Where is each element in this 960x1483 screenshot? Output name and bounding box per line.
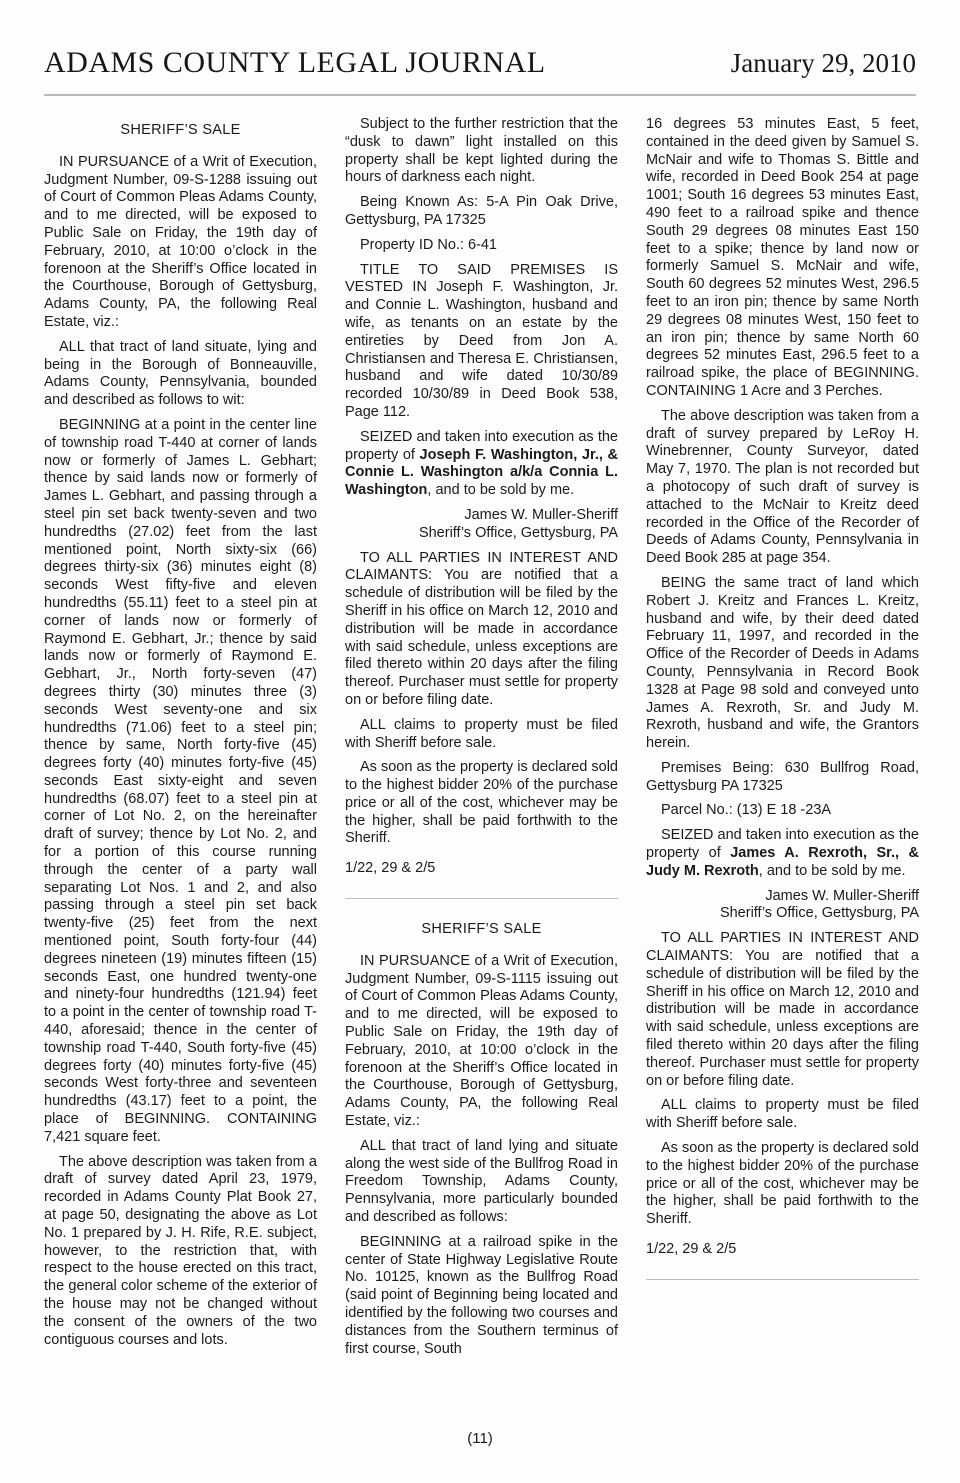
column-2: Subject to the further restriction that … xyxy=(345,116,618,1416)
article-columns: SHERIFF’S SALE IN PURSUANCE of a Writ of… xyxy=(0,96,960,1416)
sheriff-office: Sheriff’s Office, Gettysburg, PA xyxy=(646,905,919,923)
seized-suffix: , and to be sold by me. xyxy=(427,482,574,498)
notice-paragraph: The above description was taken from a d… xyxy=(646,408,919,568)
notice-paragraph: Premises Being: 630 Bullfrog Road, Getty… xyxy=(646,760,919,796)
notice-paragraph: TO ALL PARTIES IN INTEREST AND CLAIMANTS… xyxy=(345,550,618,710)
notice-paragraph: IN PURSUANCE of a Writ of Execution, Jud… xyxy=(345,953,618,1131)
notice-heading: SHERIFF’S SALE xyxy=(44,122,317,140)
legal-journal-page: ADAMS COUNTY LEGAL JOURNAL January 29, 2… xyxy=(0,0,960,1483)
notice-paragraph: Parcel No.: (13) E 18 -23A xyxy=(646,802,919,820)
page-footer: (11) xyxy=(0,1416,960,1483)
page-header: ADAMS COUNTY LEGAL JOURNAL January 29, 2… xyxy=(0,0,960,80)
seized-suffix: , and to be sold by me. xyxy=(759,863,906,879)
notice-paragraph: Property ID No.: 6-41 xyxy=(345,237,618,255)
seized-paragraph: SEIZED and taken into execution as the p… xyxy=(646,827,919,880)
notice-paragraph: ALL that tract of land lying and situate… xyxy=(345,1138,618,1227)
masthead-title: ADAMS COUNTY LEGAL JOURNAL xyxy=(44,46,546,80)
sheriff-signature: James W. Muller-Sheriff xyxy=(345,507,618,525)
notice-paragraph: ALL claims to property must be filed wit… xyxy=(345,717,618,753)
notice-paragraph: IN PURSUANCE of a Writ of Execution, Jud… xyxy=(44,154,317,332)
notice-paragraph: ALL that tract of land situate, lying an… xyxy=(44,339,317,410)
notice-paragraph: Subject to the further restriction that … xyxy=(345,116,618,187)
sheriff-office: Sheriff’s Office, Gettysburg, PA xyxy=(345,525,618,543)
notice-paragraph-continuation: 16 degrees 53 minutes East, 5 feet, cont… xyxy=(646,116,919,401)
section-divider xyxy=(646,1279,919,1280)
notice-paragraph: ALL claims to property must be filed wit… xyxy=(646,1097,919,1133)
section-divider xyxy=(345,898,618,899)
publication-dates: 1/22, 29 & 2/5 xyxy=(646,1241,919,1259)
page-number: (11) xyxy=(467,1430,493,1447)
sheriff-signature: James W. Muller-Sheriff xyxy=(646,888,919,906)
notice-paragraph: TITLE TO SAID PREMISES IS VESTED IN Jose… xyxy=(345,262,618,422)
notice-paragraph: Being Known As: 5-A Pin Oak Drive, Getty… xyxy=(345,194,618,230)
notice-paragraph: BEGINNING at a point in the center line … xyxy=(44,417,317,1147)
notice-heading: SHERIFF’S SALE xyxy=(345,921,618,939)
notice-paragraph: The above description was taken from a d… xyxy=(44,1154,317,1350)
notice-paragraph: BEGINNING at a railroad spike in the cen… xyxy=(345,1234,618,1359)
notice-paragraph: As soon as the property is declared sold… xyxy=(646,1140,919,1229)
publication-dates: 1/22, 29 & 2/5 xyxy=(345,860,618,878)
notice-paragraph: As soon as the property is declared sold… xyxy=(345,759,618,848)
issue-date: January 29, 2010 xyxy=(731,48,916,79)
column-1: SHERIFF’S SALE IN PURSUANCE of a Writ of… xyxy=(44,116,317,1416)
notice-paragraph: BEING the same tract of land which Rober… xyxy=(646,575,919,753)
notice-paragraph: TO ALL PARTIES IN INTEREST AND CLAIMANTS… xyxy=(646,930,919,1090)
seized-paragraph: SEIZED and taken into execution as the p… xyxy=(345,429,618,500)
column-3: 16 degrees 53 minutes East, 5 feet, cont… xyxy=(646,116,919,1416)
